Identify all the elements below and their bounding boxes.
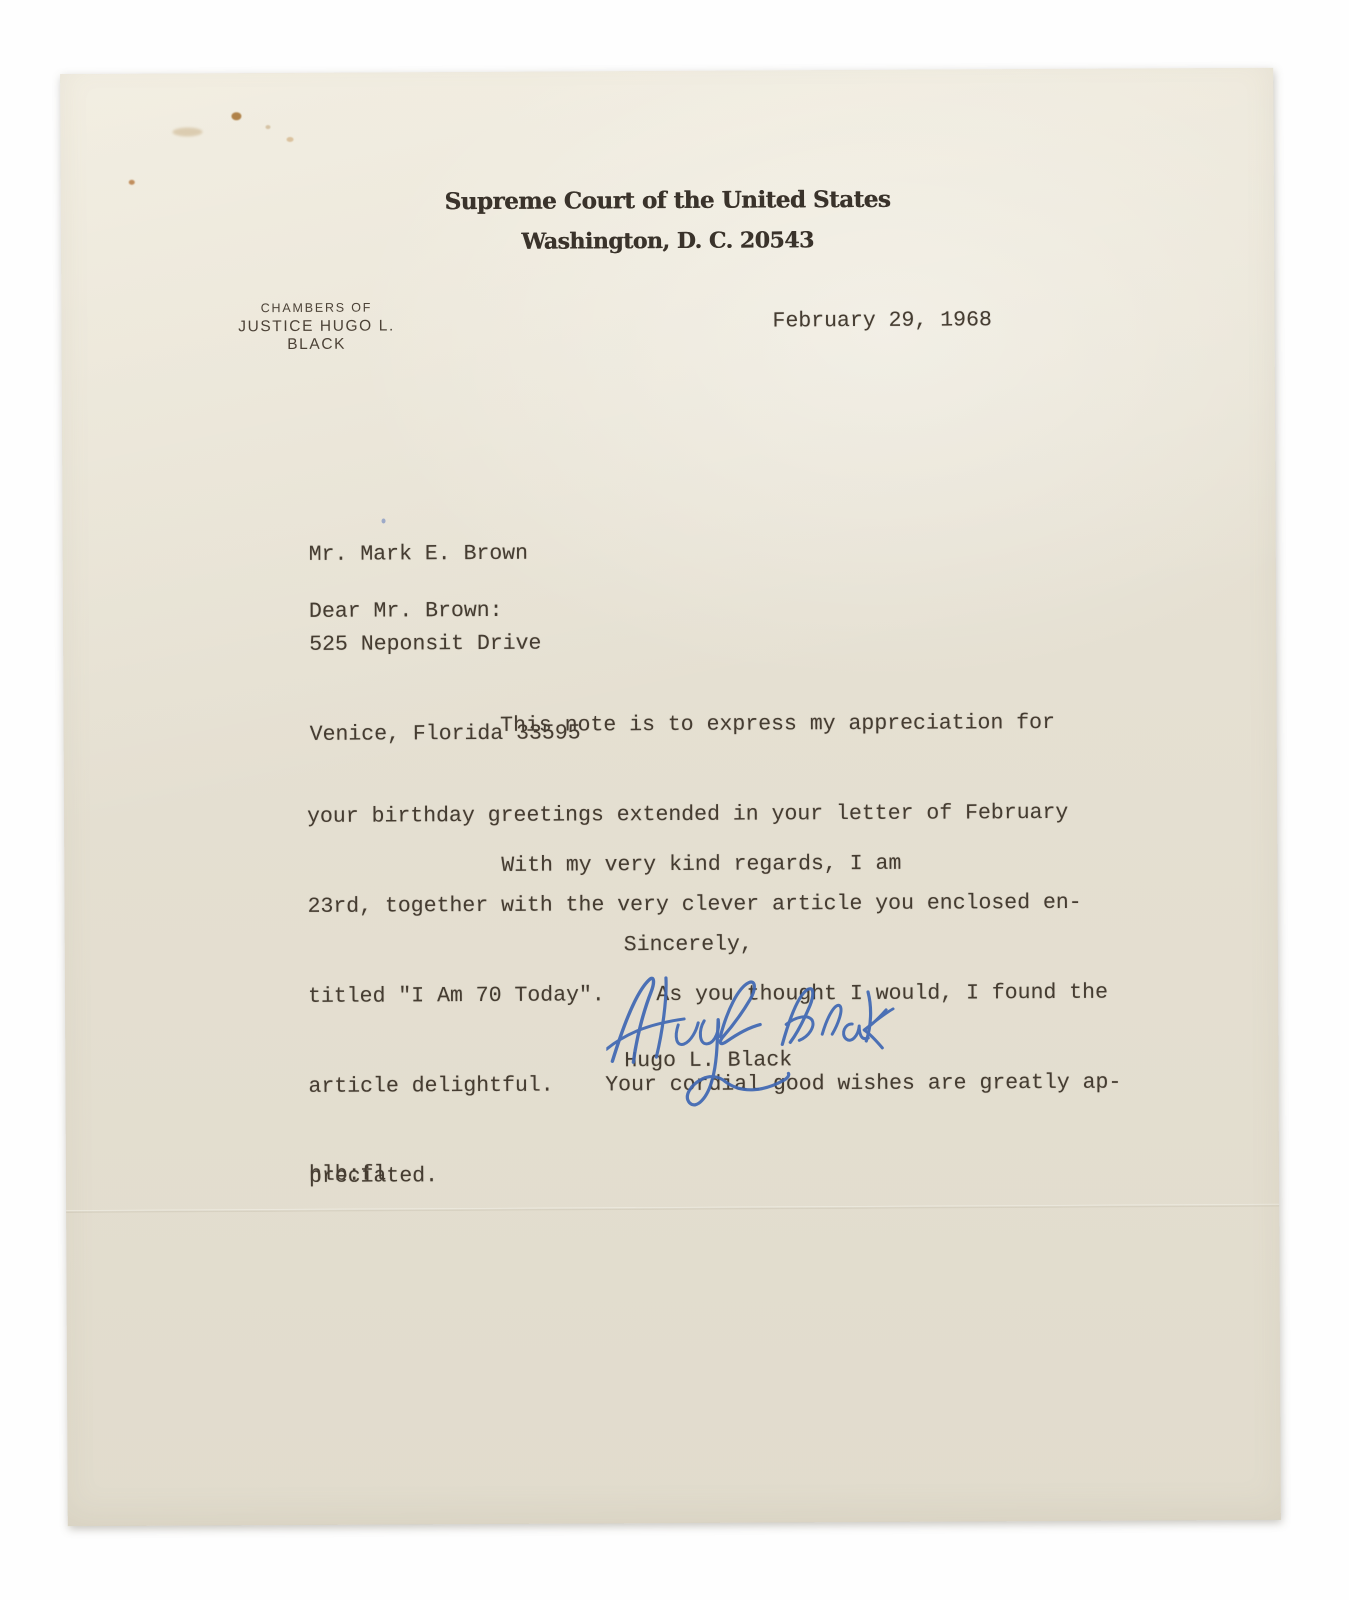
body-line: preciated. [309, 1158, 1122, 1192]
address-line: Mr. Mark E. Brown [309, 538, 580, 569]
foxing-stain [265, 125, 270, 129]
foxing-stain [231, 112, 241, 120]
letter-date: February 29, 1968 [772, 305, 991, 336]
chambers-label: CHAMBERS OF [206, 299, 426, 317]
signature-ink [606, 964, 897, 1126]
foxing-stain [287, 137, 294, 142]
typist-reference: hlb:fl [309, 1159, 387, 1189]
letterhead-title: Supreme Court of the United States [61, 184, 1274, 217]
signature-stroke [656, 978, 667, 1057]
body-line: This note is to express my appreciation … [307, 708, 1120, 742]
chambers-block: CHAMBERS OF JUSTICE HUGO L. BLACK [206, 299, 426, 354]
signature-stroke [720, 982, 760, 1044]
chambers-justice-name: JUSTICE HUGO L. BLACK [206, 317, 426, 354]
closing: Sincerely, [624, 930, 753, 961]
body-line: 23rd, together with the very clever arti… [307, 888, 1120, 922]
regards-line: With my very kind regards, I am [501, 849, 901, 881]
photo-background: Supreme Court of the United States Washi… [0, 0, 1349, 1600]
signature-handwriting [606, 964, 897, 1126]
salutation: Dear Mr. Brown: [309, 596, 503, 627]
signature-stroke [822, 1005, 841, 1034]
signature-stroke [687, 1019, 789, 1105]
foxing-stain [129, 180, 135, 185]
signature-stroke [612, 978, 654, 1062]
foxing-stain [172, 127, 202, 136]
body-line: your birthday greetings extended in your… [307, 798, 1120, 832]
signature-stroke [676, 1023, 698, 1045]
signature-stroke [864, 1009, 893, 1030]
letter-paper: Supreme Court of the United States Washi… [60, 68, 1281, 1526]
letterhead-city: Washington, D. C. 20543 [61, 225, 1274, 257]
